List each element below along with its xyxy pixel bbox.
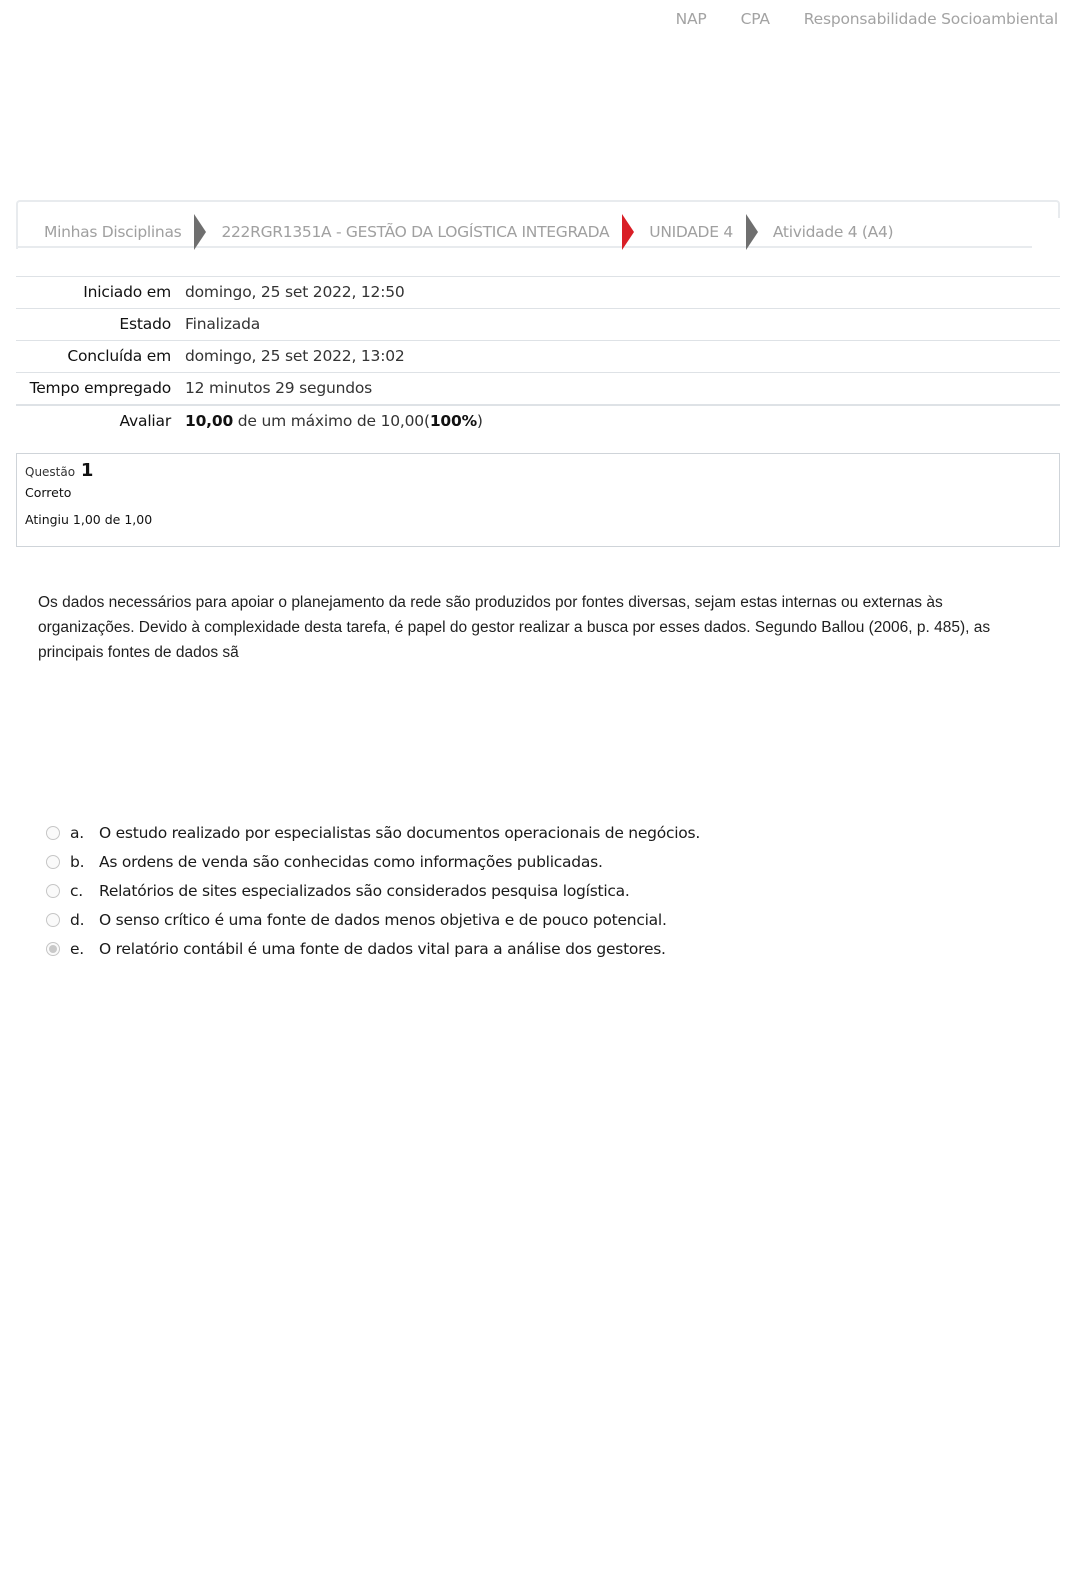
summary-row-grade: Avaliar 10,00 de um máximo de 10,00(100%… <box>16 405 1060 437</box>
breadcrumb: Minhas Disciplinas 222RGR1351A - GESTÃO … <box>44 214 893 250</box>
radio-button[interactable] <box>46 942 60 956</box>
answer-option-d[interactable]: d. O senso crítico é uma fonte de dados … <box>46 905 700 934</box>
radio-button[interactable] <box>46 855 60 869</box>
answer-option-e[interactable]: e. O relatório contábil é uma fonte de d… <box>46 934 700 963</box>
answer-text: Relatórios de sites especializados são c… <box>99 882 630 900</box>
chevron-right-icon <box>746 214 758 250</box>
grade-middle: de um máximo de 10,00( <box>233 412 430 430</box>
summary-label: Estado <box>16 309 171 341</box>
summary-label: Tempo empregado <box>16 373 171 406</box>
grade-score: 10,00 <box>185 412 233 430</box>
chevron-right-icon <box>622 214 634 250</box>
radio-button[interactable] <box>46 826 60 840</box>
summary-value: 12 minutos 29 segundos <box>171 373 1060 406</box>
answer-option-c[interactable]: c. Relatórios de sites especializados sã… <box>46 876 700 905</box>
breadcrumb-unidade[interactable]: UNIDADE 4 <box>649 223 733 241</box>
breadcrumb-course[interactable]: 222RGR1351A - GESTÃO DA LOGÍSTICA INTEGR… <box>221 223 609 241</box>
summary-row-started: Iniciado em domingo, 25 set 2022, 12:50 <box>16 277 1060 309</box>
question-text: Os dados necessários para apoiar o plane… <box>38 590 1038 665</box>
answer-text: As ordens de venda são conhecidas como i… <box>99 853 603 871</box>
answer-letter: d. <box>70 911 99 929</box>
grade-percent: 100% <box>430 412 477 430</box>
attempt-summary-table: Iniciado em domingo, 25 set 2022, 12:50 … <box>16 276 1060 437</box>
answer-text: O senso crítico é uma fonte de dados men… <box>99 911 667 929</box>
summary-value: Finalizada <box>171 309 1060 341</box>
answer-text: O estudo realizado por especialistas são… <box>99 824 700 842</box>
question-number-value: 1 <box>81 460 94 481</box>
summary-value: domingo, 25 set 2022, 13:02 <box>171 341 1060 373</box>
summary-row-completed: Concluída em domingo, 25 set 2022, 13:02 <box>16 341 1060 373</box>
question-state: Correto <box>25 485 1051 500</box>
breadcrumb-bar: Minhas Disciplinas 222RGR1351A - GESTÃO … <box>16 200 1060 249</box>
answer-options: a. O estudo realizado por especialistas … <box>46 818 700 963</box>
answer-option-b[interactable]: b. As ordens de venda são conhecidas com… <box>46 847 700 876</box>
grade-end: ) <box>477 412 483 430</box>
question-grade: Atingiu 1,00 de 1,00 <box>25 512 1051 527</box>
summary-label: Iniciado em <box>16 277 171 309</box>
summary-label: Concluída em <box>16 341 171 373</box>
breadcrumb-minhas-disciplinas[interactable]: Minhas Disciplinas <box>44 223 181 241</box>
summary-value: 10,00 de um máximo de 10,00(100%) <box>171 405 1060 437</box>
nav-link-responsabilidade-socioambiental[interactable]: Responsabilidade Socioambiental <box>804 10 1058 28</box>
answer-letter: c. <box>70 882 99 900</box>
question-info-box: Questão 1 Correto Atingiu 1,00 de 1,00 <box>16 453 1060 547</box>
radio-button[interactable] <box>46 913 60 927</box>
chevron-right-icon <box>194 214 206 250</box>
radio-button[interactable] <box>46 884 60 898</box>
answer-letter: a. <box>70 824 99 842</box>
question-number: Questão 1 <box>25 460 1051 481</box>
top-nav: NAP CPA Responsabilidade Socioambiental <box>676 10 1058 28</box>
breadcrumb-atividade[interactable]: Atividade 4 (A4) <box>773 223 893 241</box>
summary-label: Avaliar <box>16 405 171 437</box>
summary-row-state: Estado Finalizada <box>16 309 1060 341</box>
answer-option-a[interactable]: a. O estudo realizado por especialistas … <box>46 818 700 847</box>
nav-link-nap[interactable]: NAP <box>676 10 707 28</box>
answer-letter: b. <box>70 853 99 871</box>
question-prefix: Questão <box>25 465 75 479</box>
answer-letter: e. <box>70 940 99 958</box>
summary-value: domingo, 25 set 2022, 12:50 <box>171 277 1060 309</box>
answer-text: O relatório contábil é uma fonte de dado… <box>99 940 666 958</box>
nav-link-cpa[interactable]: CPA <box>741 10 770 28</box>
summary-row-time-taken: Tempo empregado 12 minutos 29 segundos <box>16 373 1060 406</box>
